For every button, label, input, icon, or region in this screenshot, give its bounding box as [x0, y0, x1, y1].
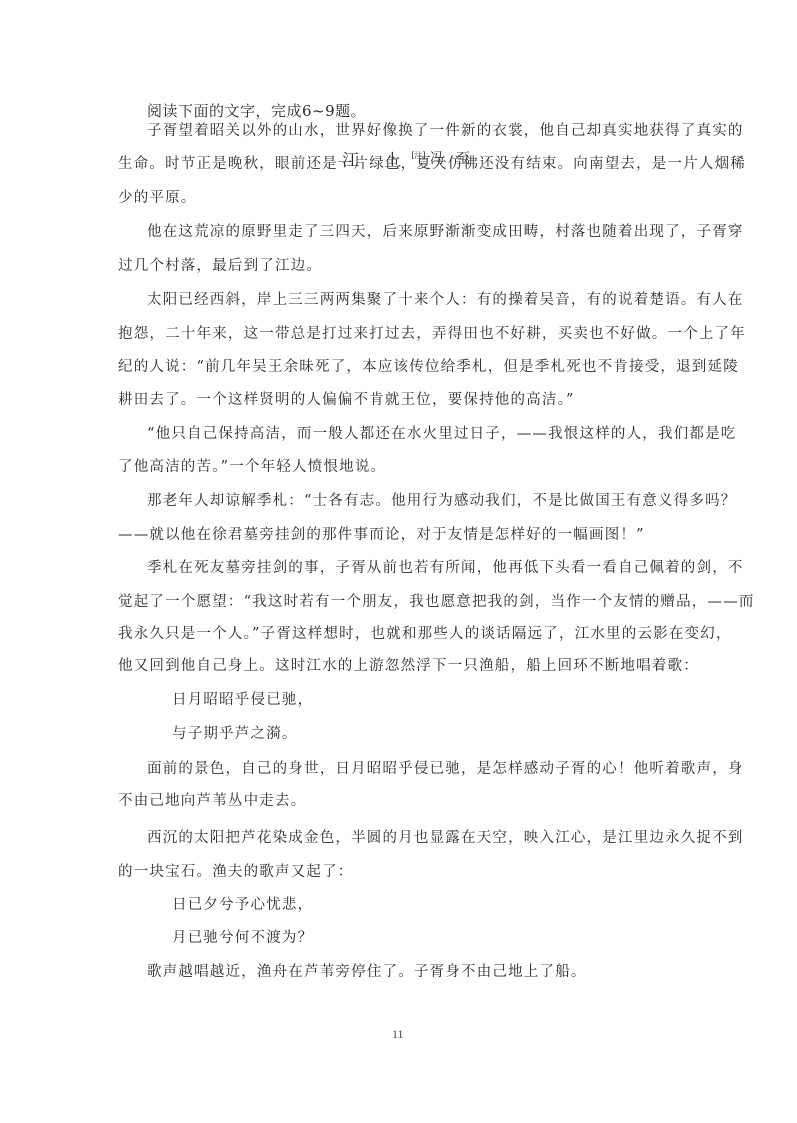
- paragraph-line: 太阳已经西斜，岸上三三两两集聚了十来个人：有的操着吴音，有的说着楚语。有人在: [147, 290, 709, 310]
- paragraph-line: 抱怨，二十年来，这一带总是打过来打过去，弄得田也不好耕，买卖也不好做。一个上了年: [118, 324, 680, 344]
- poem-line: 日月昭昭乎侵已驰，: [172, 690, 734, 710]
- paragraph-line: 面前的景色，自己的身世，日月昭昭乎侵已驰，是怎样感动子胥的心！他听着歌声，身: [147, 759, 709, 779]
- paragraph-line: 少的平原。: [118, 188, 680, 208]
- paragraph-line: 纪的人说：“前几年吴王余昧死了，本应该传位给季札，但是季札死也不肯接受，退到延陵: [118, 357, 680, 377]
- paragraph-line: 他在这荒凉的原野里走了三四天，后来原野渐渐变成田畴，村落也随着出现了，子胥穿: [147, 222, 709, 242]
- paragraph-line: 西沉的太阳把芦花染成金色，半圆的月也显露在天空，映入江心，是江里边永久捉不到: [147, 828, 709, 848]
- page-number: 11: [392, 1027, 404, 1042]
- paragraph-line: 季札在死友墓旁挂剑的事，子胥从前也若有所闻，他再低下头看一看自己佩着的剑，不: [147, 558, 709, 578]
- paragraph-line: 不由己地向芦苇丛中走去。: [118, 791, 680, 811]
- paragraph-line: 我永久只是一个人。”子胥这样想时，也就和那些人的谈话隔远了，江水里的云影在变幻，: [118, 624, 680, 644]
- paragraph-line: 了他高洁的苦。”一个年轻人愤恨地说。: [118, 457, 680, 477]
- paragraph-line: 子胥望着昭关以外的山水，世界好像换了一件新的衣裳，他自己却真实地获得了真实的: [147, 121, 709, 141]
- paragraph-line: “他只自己保持高洁，而一般人都还在水火里过日子，——我恨这样的人，我们都是吃: [147, 424, 709, 444]
- paragraph-line: 过几个村落，最后到了江边。: [118, 256, 680, 276]
- paragraph-line: 他又回到他自己身上。这时江水的上游忽然浮下一只渔船，船上回环不断地唱着歌：: [118, 656, 680, 676]
- paragraph-line: 耕田去了。一个这样贤明的人偏偏不肯就王位，要保持他的高洁。”: [118, 390, 680, 410]
- poem-line: 日已夕兮予心忧悲，: [172, 895, 734, 915]
- document-page: 阅读下面的文字，完成6~9题。 江 上[注] 冯至 子胥望着昭关以外的山水，世界…: [0, 0, 797, 1123]
- poem-line: 与子期乎芦之漪。: [172, 724, 734, 744]
- paragraph-line: 歌声越唱越近，渔舟在芦苇旁停住了。子胥身不由己地上了船。: [147, 962, 709, 982]
- poem-line: 月已驰兮何不渡为？: [172, 928, 734, 948]
- paragraph-line: 生命。时节正是晚秋，眼前还是一片绿色，夏天仿佛还没有结束。向南望去，是一片人烟稀: [118, 154, 680, 174]
- reading-instruction: 阅读下面的文字，完成6~9题。: [147, 101, 709, 121]
- paragraph-line: 那老年人却谅解季札：“士各有志。他用行为感动我们，不是比做国王有意义得多吗？: [147, 491, 709, 511]
- paragraph-line: 觉起了一个愿望：“我这时若有一个朋友，我也愿意把我的剑，当作一个友情的赠品，——…: [118, 592, 680, 612]
- paragraph-line: 的一块宝石。渔夫的歌声又起了：: [118, 862, 680, 882]
- paragraph-line: ——就以他在徐君墓旁挂剑的那件事而论，对于友情是怎样好的一幅画图！”: [118, 525, 680, 545]
